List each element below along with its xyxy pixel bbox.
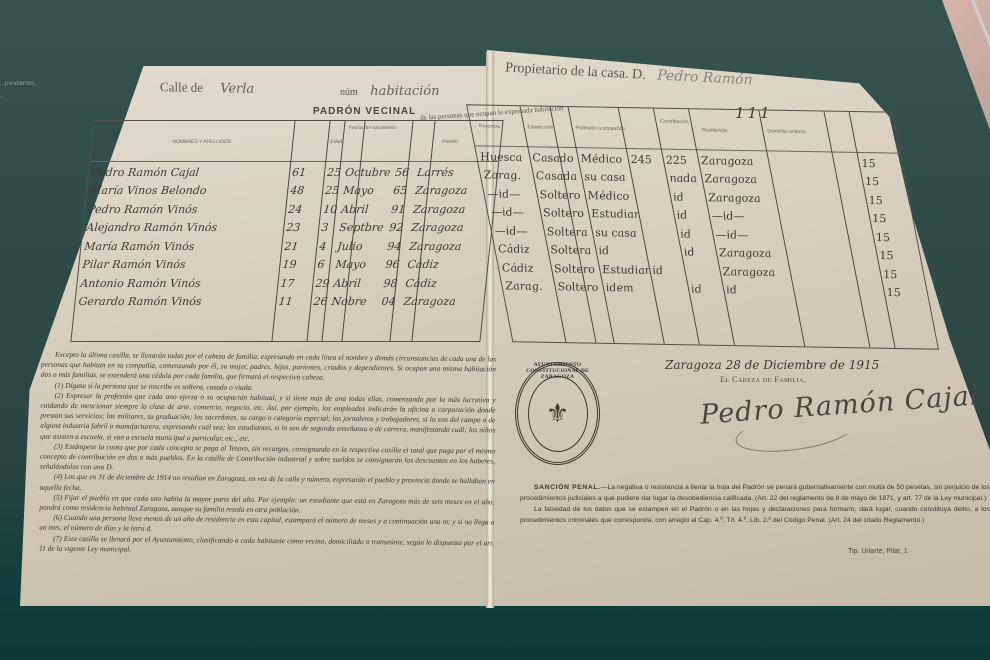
- cell-place: Zaragoza: [412, 184, 483, 197]
- num-field: núm habitación: [340, 84, 440, 99]
- cell-years: 15: [883, 286, 916, 300]
- cell-profession: Estudiante: [587, 207, 640, 221]
- cell-day: 10: [320, 203, 339, 216]
- cell-name: Gerardo Ramón Vinós: [75, 295, 276, 308]
- cell-name: Alejandro Ramón Vinós: [83, 221, 284, 234]
- cell-day: 3: [318, 221, 337, 234]
- notes-intro: Excepto la última casilla, se llenarán t…: [41, 350, 496, 385]
- signature-date: Zaragoza 28 de Diciembre de 1915: [665, 358, 879, 372]
- cell-contrib: nada: [665, 172, 703, 186]
- cell-year: 65: [390, 184, 413, 197]
- cell-contrib: [642, 233, 677, 234]
- city-seal: AYUNTAMIENTO CONSTITUCIONAL DE ZARAGOZA …: [515, 362, 600, 465]
- cell-years: 15: [868, 212, 901, 226]
- table-row: Pedro Ramón Cajal6125Octubre56Larrés: [88, 163, 498, 182]
- cell-profession: su casa: [591, 226, 644, 240]
- cell-province: Zarag.: [501, 280, 556, 294]
- cell-province: Huesca: [476, 150, 531, 164]
- cell-year: 96: [382, 258, 405, 271]
- cell-place: Zaragoza: [406, 240, 477, 253]
- cell-month: Mayo: [340, 184, 391, 197]
- cell-residence: Zaragoza: [697, 154, 860, 170]
- cell-contrib: [639, 215, 674, 216]
- cell-name: Pilar Ramón Vinós: [79, 258, 280, 271]
- header-birthdate: Fecha del nacimiento: [349, 125, 397, 131]
- table-row: Alejandro Ramón Vinós233Septbre92Zaragoz…: [82, 219, 492, 238]
- cell-year: 92: [386, 221, 409, 234]
- cell-contrib: [653, 289, 688, 290]
- cell-place: Cádiz: [404, 258, 475, 271]
- residents-table-left: NOMBRES Y APELLIDOS Edad Fecha del nacim…: [70, 120, 503, 342]
- cell-month: Nobre: [328, 295, 379, 308]
- cell-residence: Zaragoza: [715, 246, 878, 262]
- cell-age: 11: [275, 295, 311, 308]
- header-profession: Profesión u ocupación: [575, 125, 626, 132]
- left-rows: Pedro Ramón Cajal6125Octubre56Larrés Mar…: [75, 163, 499, 311]
- cell-age: 24: [285, 203, 321, 216]
- cell-day: 25: [322, 184, 341, 197]
- cell-day: 25: [323, 166, 342, 179]
- cell-status: Soltera: [546, 243, 597, 257]
- cell-day: 29: [312, 277, 331, 290]
- right-rows: HuescaCasadoMédico245225Zaragoza15 Zarag…: [475, 147, 928, 302]
- seal-text: AYUNTAMIENTO CONSTITUCIONAL DE ZARAGOZA: [518, 362, 597, 380]
- cell-residence: Zaragoza: [704, 191, 867, 207]
- cell-status: Casada: [532, 169, 583, 183]
- calle-value: Verla: [220, 81, 254, 97]
- cell-year: 98: [380, 277, 403, 290]
- header-age: Edad: [330, 139, 342, 145]
- cell-place: Zaragoza: [400, 295, 471, 308]
- cell-years: 15: [857, 157, 890, 171]
- cell-month: Octubre: [341, 166, 392, 179]
- cell-contrib: id: [680, 246, 718, 260]
- cell-years: 15: [865, 194, 898, 208]
- cell-age: 48: [287, 184, 323, 197]
- cell-month: Septbre: [336, 221, 387, 234]
- header-divider: [90, 161, 498, 162]
- cell-age: 21: [281, 240, 317, 253]
- table-row: Pedro Ramón Vinós2410Abril91Zaragoza: [84, 200, 494, 219]
- table-row: Pilar Ramón Vinós196Mayo96Cádiz: [78, 256, 488, 275]
- note-item: (3) Estámpese la cuota que por cada conc…: [40, 441, 495, 476]
- cell-status: Soltero: [550, 262, 601, 276]
- cell-contrib: [646, 252, 681, 253]
- cell-years: 15: [875, 249, 908, 263]
- cell-status: Soltero: [553, 280, 604, 294]
- header-province: Provincia: [479, 123, 501, 129]
- cell-month: Mayo: [332, 258, 383, 271]
- cell-status: Soltero: [539, 206, 590, 220]
- table-row: María Vinos Belondo4825Mayo65Zaragoza: [86, 182, 496, 201]
- cell-residence: Zaragoza: [700, 172, 863, 188]
- cell-contrib: id: [669, 190, 707, 204]
- calle-field: Calle de Verla: [160, 79, 254, 97]
- cell-name: Pedro Ramón Vinós: [85, 203, 286, 216]
- signature-role: El Cabeza de Familia,: [720, 375, 807, 384]
- cell-year: 91: [388, 203, 411, 216]
- cell-contrib: id: [676, 227, 714, 241]
- header-name: NOMBRES Y APELLIDOS: [172, 139, 231, 145]
- cell-status: Casado: [528, 151, 579, 165]
- cell-province: —id—: [487, 206, 542, 220]
- cell-place: Larrés: [413, 166, 484, 179]
- header-prev-domicile: Domicilio anterior: [767, 128, 807, 135]
- cell-name: María Ramón Vinós: [81, 240, 282, 253]
- cell-province: —id—: [483, 187, 538, 201]
- cell-profession: Médico: [584, 189, 637, 203]
- residents-table-right: Provincia Estado civil Profesión u ocupa…: [466, 104, 939, 349]
- cell-years: 15: [861, 175, 894, 189]
- habitacion-label: habitación: [370, 84, 439, 99]
- cell-residence: —id—: [711, 228, 874, 244]
- cell-profession: idem: [602, 281, 655, 295]
- cell-province: Cádiz: [498, 261, 553, 275]
- instructions-notes: Excepto la última casilla, se llenarán t…: [39, 350, 496, 559]
- caption-line: ...: [0, 91, 36, 104]
- cell-contrib: id: [648, 264, 686, 278]
- cell-residence: —id—: [708, 209, 871, 225]
- cell-month: Julio: [334, 240, 385, 253]
- cell-profession: id: [594, 244, 647, 258]
- cell-contrib: [631, 178, 666, 179]
- cell-status: Soltero: [535, 188, 586, 202]
- cell-day: 4: [316, 240, 335, 253]
- cell-month: Abril: [338, 203, 389, 216]
- cell-year: 94: [384, 240, 407, 253]
- cell-name: Antonio Ramón Vinós: [77, 277, 278, 290]
- sanction-text-2: La falsedad de los datos que se estampen…: [520, 504, 990, 526]
- header-town: Pueblo: [442, 139, 458, 145]
- cell-age: 23: [283, 221, 319, 234]
- printer-credit: Tip. Uriarte, Pilar, 1: [848, 548, 908, 555]
- cell-contrib: id: [687, 283, 725, 297]
- cell-contrib: id: [672, 209, 710, 223]
- cell-age: 17: [277, 277, 313, 290]
- cell-contrib: [635, 196, 670, 197]
- cell-day: 26: [310, 295, 329, 308]
- cell-place: Zaragoza: [410, 203, 481, 216]
- cell-years: 15: [872, 231, 905, 245]
- cell-place: Cádiz: [402, 277, 473, 290]
- cell-residence: id: [722, 283, 885, 299]
- cell-years: 15: [879, 268, 912, 282]
- table-row: Antonio Ramón Vinós1729Abril98Cádiz: [77, 274, 487, 293]
- cell-day: 6: [314, 258, 333, 271]
- cell-year: 56: [391, 166, 414, 179]
- cell-residence: Zaragoza: [718, 265, 881, 281]
- cell-profession: su casa: [580, 170, 633, 184]
- table-row: Gerardo Ramón Vinós1126Nobre04Zaragoza: [75, 293, 485, 312]
- caption-line: ...pendientes,: [0, 78, 36, 91]
- cell-month: Abril: [330, 277, 381, 290]
- calle-label: Calle de: [160, 79, 203, 95]
- cell-status: Soltera: [543, 225, 594, 239]
- cell-profession: Estudiante: [598, 263, 651, 277]
- cell-age: 19: [279, 258, 315, 271]
- cell-age: 61: [288, 166, 324, 179]
- cell-place: Zaragoza: [408, 221, 479, 234]
- cell-contrib: 245: [626, 153, 664, 167]
- penal-sanction-text: SANCIÓN PENAL.—La negativa o resistencia…: [520, 482, 990, 526]
- cell-contrib: [685, 271, 720, 272]
- cell-profession: Médico: [576, 152, 629, 166]
- header-contribution: Contribución: [660, 119, 689, 125]
- document-title: PADRÓN VECINAL: [313, 106, 416, 117]
- background-caption: ...pendientes, ...: [0, 78, 36, 104]
- cell-province: Cádiz: [494, 243, 549, 257]
- cell-province: —id—: [490, 224, 545, 238]
- num-label: núm: [340, 87, 358, 98]
- header-civil-status: Estado civil: [527, 124, 554, 130]
- cell-province: Zarag.: [480, 169, 535, 183]
- cell-year: 04: [378, 295, 401, 308]
- cell-contrib: 225: [662, 153, 700, 167]
- header-residence: Residencia: [702, 127, 728, 133]
- note-item: (2) Expresar la profesión que cada uno e…: [40, 390, 496, 446]
- cell-name: María Vinos Belondo: [87, 184, 288, 197]
- table-row: María Ramón Vinós214Julio94Zaragoza: [80, 237, 490, 256]
- sanction-label: SANCIÓN PENAL.: [534, 484, 601, 491]
- coat-of-arms-icon: ⚜: [528, 376, 588, 452]
- cell-name: Pedro Ramón Cajal: [88, 166, 289, 179]
